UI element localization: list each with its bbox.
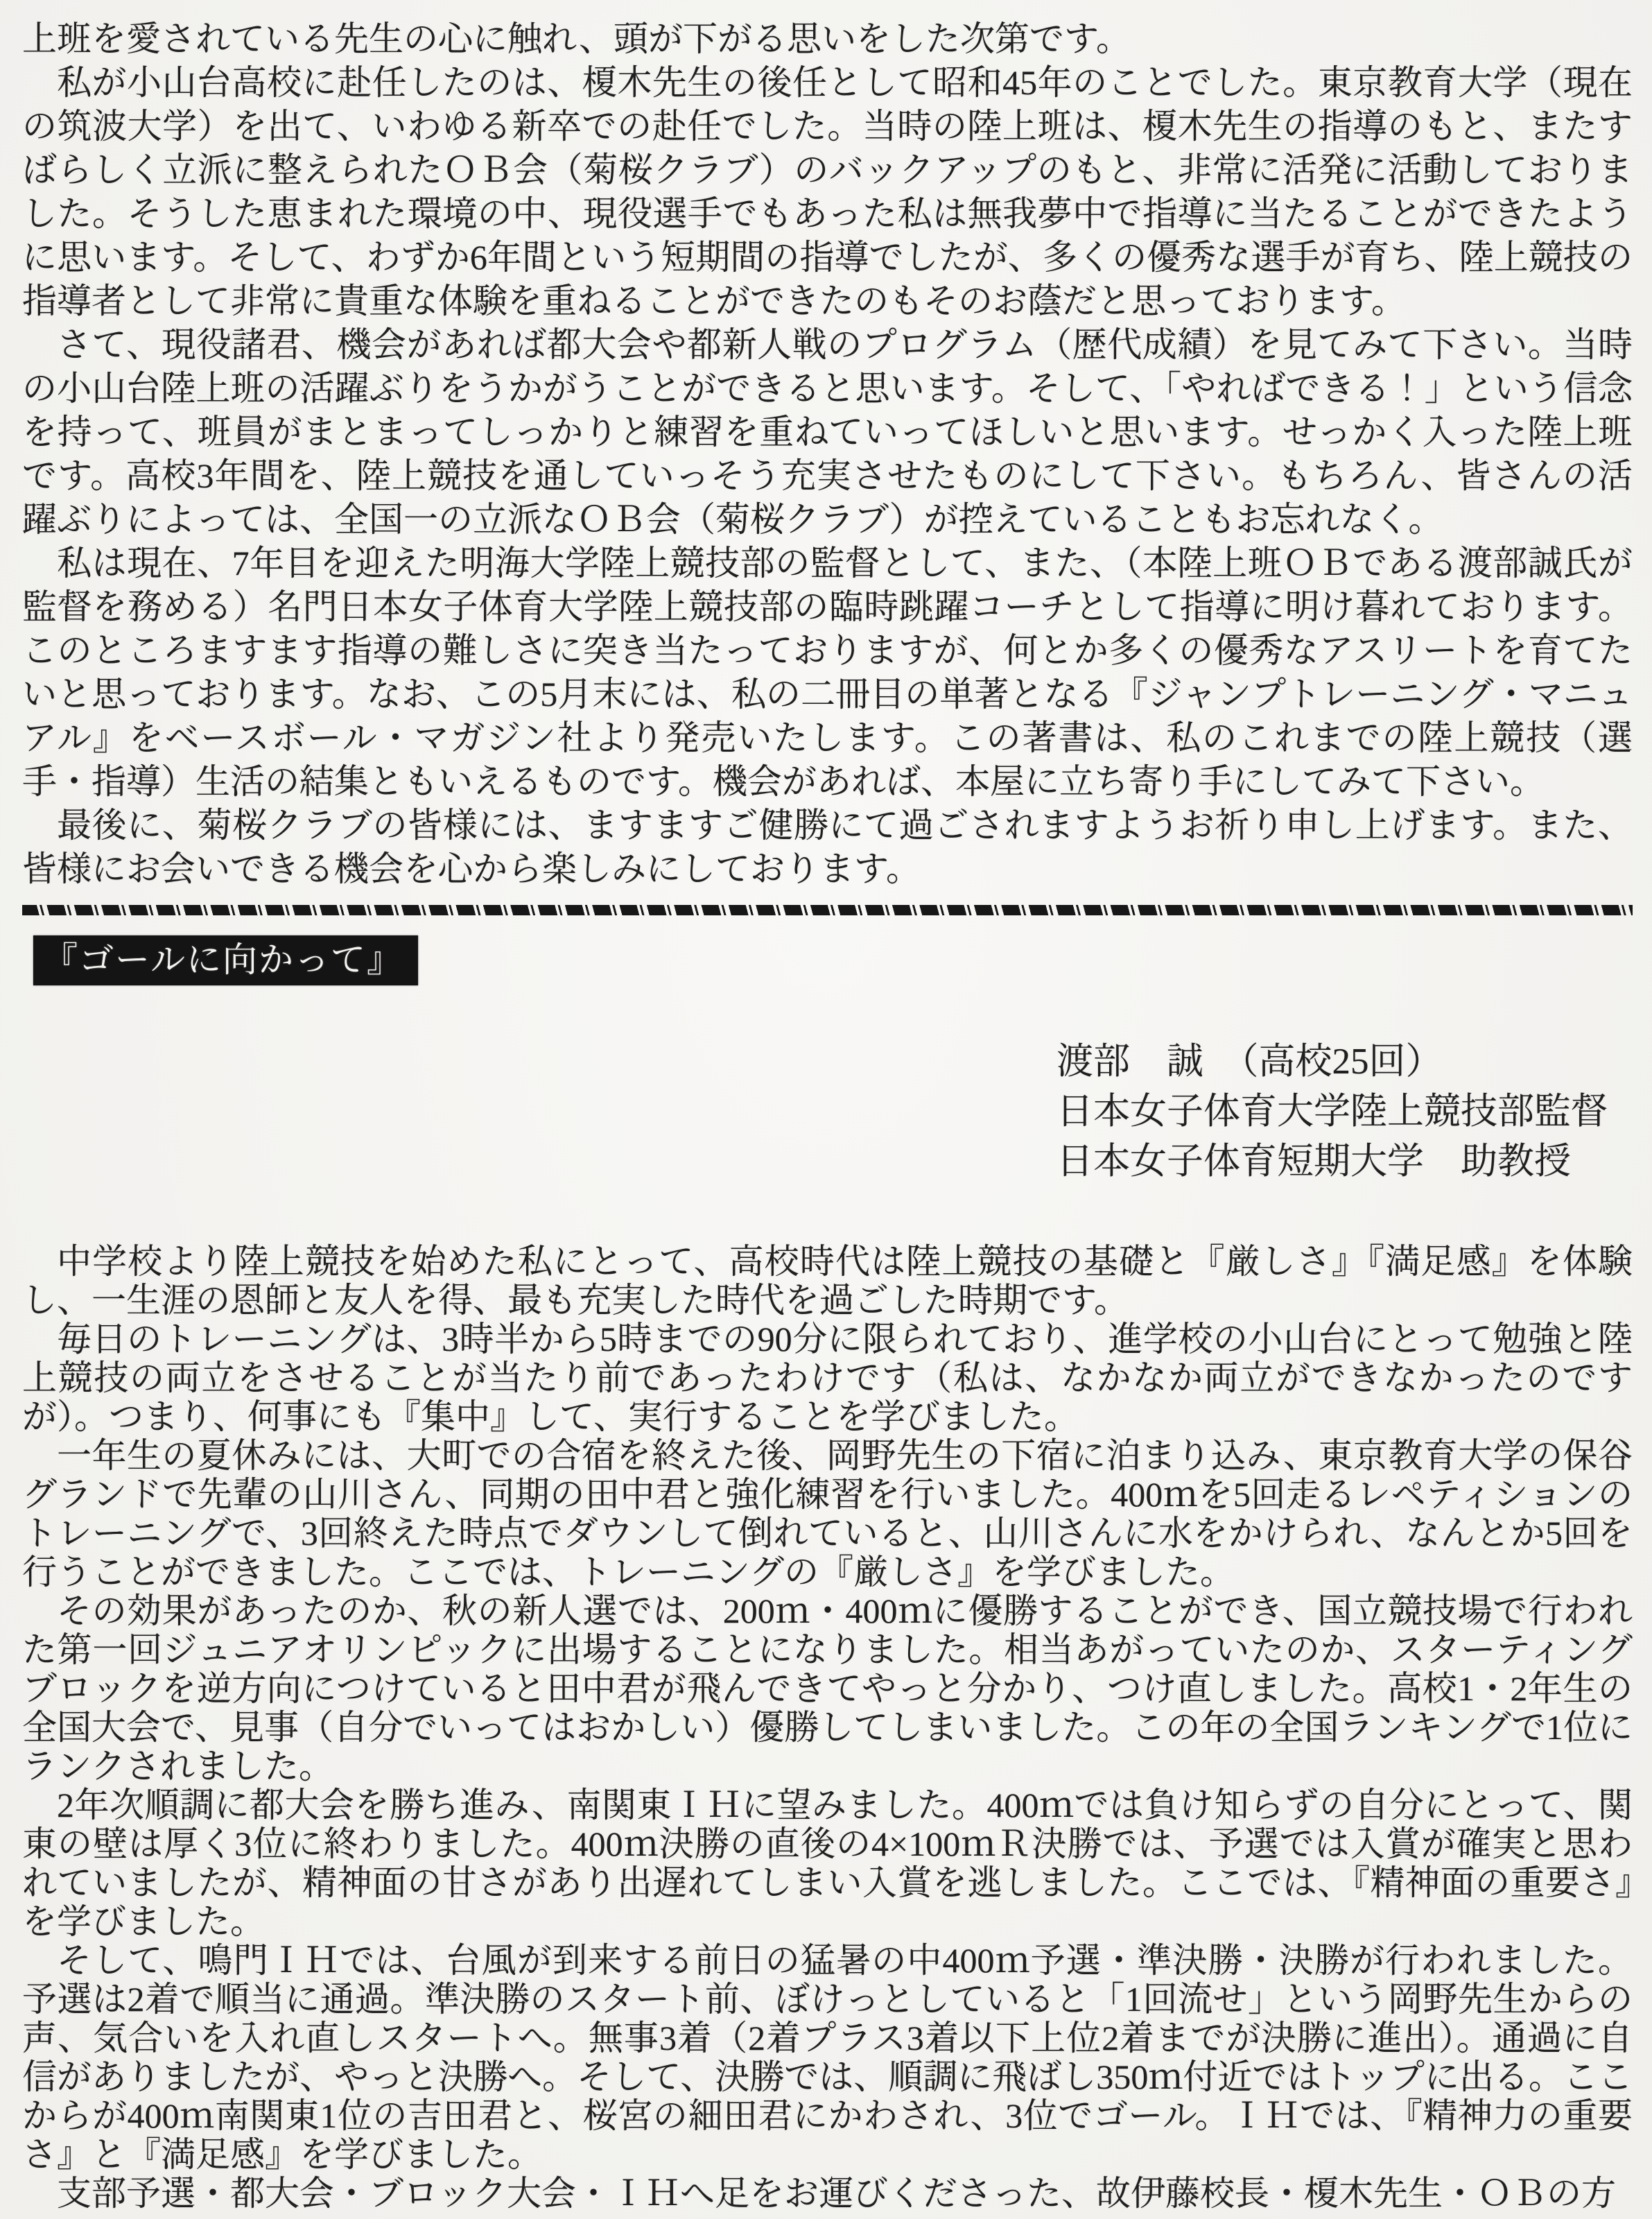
paragraph: その効果があったのか、秋の新人選では、200ｍ・400ｍに優勝することができ、国… xyxy=(22,1591,1633,1786)
paragraph: さて、現役諸君、機会があれば都大会や都新人戦のプログラム（歴代成績）を見てみて下… xyxy=(22,323,1633,542)
paragraph: 2年次順調に都大会を勝ち進み、南関東ＩＨに望みました。400ｍでは負け知らずの自… xyxy=(22,1786,1633,1941)
author-affiliation-2: 日本女子体育短期大学 助教授 xyxy=(1057,1137,1608,1186)
page: 上班を愛されている先生の心に触れ、頭が下がる思いをした次第です。 私が小山台高校… xyxy=(0,0,1652,2219)
article-title: 『ゴールに向かって』 xyxy=(33,935,418,985)
article-body: 中学校より陸上競技を始めた私にとって、高校時代は陸上競技の基礎と『厳しさ』『満足… xyxy=(22,1242,1633,2213)
paragraph: そして、鳴門ＩＨでは、台風が到来する前日の猛暑の中400ｍ予選・準決勝・決勝が行… xyxy=(22,1941,1633,2174)
author-block: 渡部 誠 （高校25回） 日本女子体育大学陸上競技部監督 日本女子体育短期大学 … xyxy=(1057,1037,1608,1186)
scanned-page: { "page": { "kind": "scanned newsletter … xyxy=(0,0,1652,2219)
paragraph: 中学校より陸上競技を始めた私にとって、高校時代は陸上競技の基礎と『厳しさ』『満足… xyxy=(22,1242,1633,1320)
author-affiliation-1: 日本女子体育大学陸上競技部監督 xyxy=(1057,1087,1608,1137)
paragraph: 一年生の夏休みには、大町での合宿を終えた後、岡野先生の下宿に泊まり込み、東京教育… xyxy=(22,1436,1633,1591)
paragraph: 私は現在、7年目を迎えた明海大学陸上競技部の監督として、また、（本陸上班ＯＢであ… xyxy=(22,542,1633,804)
paragraph: 上班を愛されている先生の心に触れ、頭が下がる思いをした次第です。 xyxy=(22,17,1633,61)
author-name: 渡部 誠 （高校25回） xyxy=(1057,1037,1608,1087)
dashed-divider xyxy=(22,905,1633,915)
paragraph: 最後に、菊桜クラブの皆様には、ますますご健勝にて過ごされますようお祈り申し上げま… xyxy=(22,804,1633,891)
paragraph: 支部予選・都大会・ブロック大会・ＩＨへ足をお運びくださった、故伊藤校長・榎木先生… xyxy=(22,2174,1633,2213)
paragraph: 私が小山台高校に赴任したのは、榎木先生の後任として昭和45年のことでした。東京教… xyxy=(22,61,1633,323)
paragraph: 毎日のトレーニングは、3時半から5時までの90分に限られており、進学校の小山台に… xyxy=(22,1320,1633,1436)
article-continuation-body: 上班を愛されている先生の心に触れ、頭が下がる思いをした次第です。 私が小山台高校… xyxy=(22,17,1633,891)
